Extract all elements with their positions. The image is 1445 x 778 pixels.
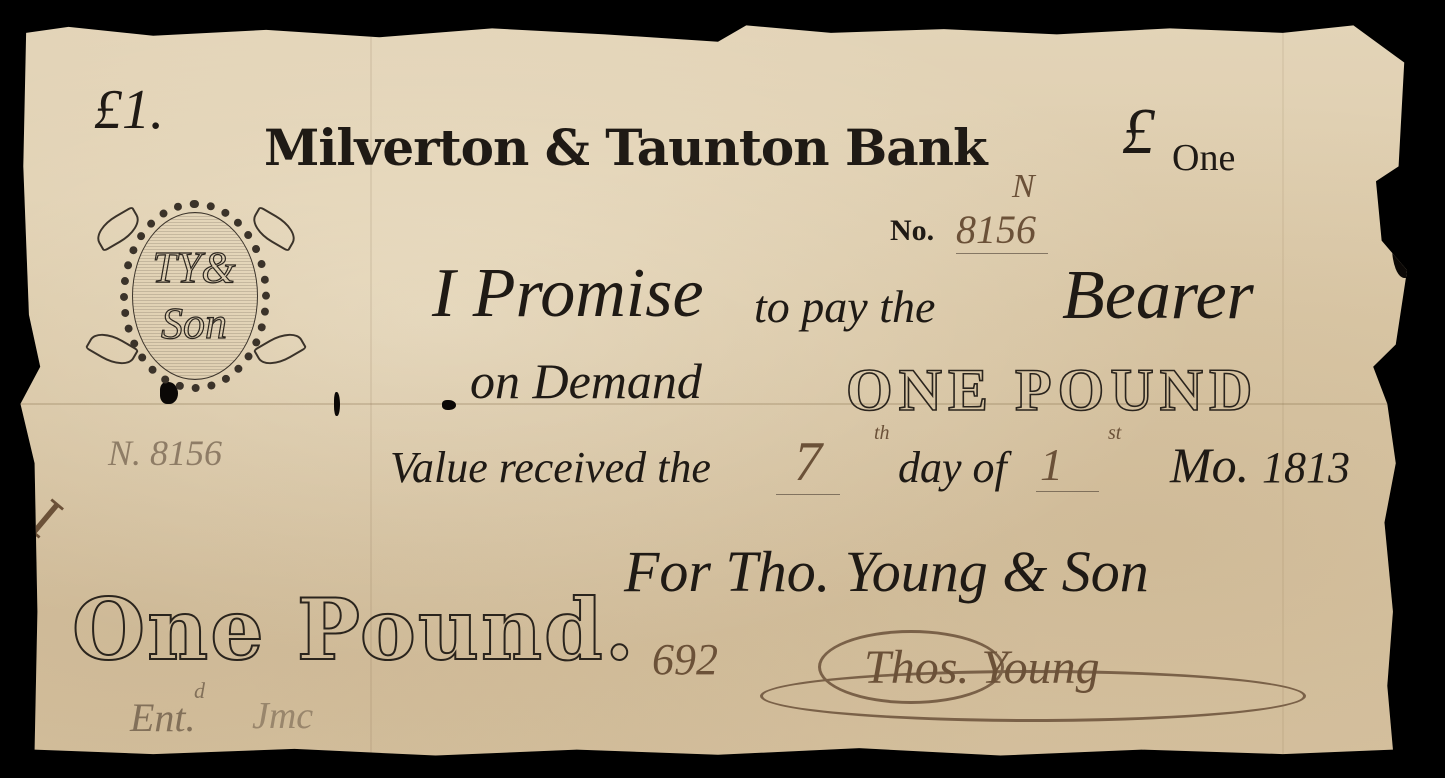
value-received-text: Value received the — [390, 442, 711, 493]
entered-suffix: d — [194, 678, 205, 704]
paper-hole — [442, 400, 456, 410]
monogram-initials: TY& — [84, 242, 304, 293]
serial-annotation: N — [1012, 168, 1035, 206]
denomination-top-left: £1. — [94, 78, 164, 142]
on-demand-text: on Demand — [470, 352, 702, 410]
denomination-word-top-right: One — [1172, 136, 1235, 180]
paper-tear — [1404, 438, 1422, 478]
handwritten-number: 692 — [652, 634, 718, 685]
amount-blackletter: One Pound. — [72, 580, 636, 679]
denomination-symbol-top-right: £ — [1122, 94, 1155, 170]
serial-prefix: No. — [890, 214, 934, 248]
month-suffix: st — [1108, 422, 1121, 445]
monogram-son: Son — [84, 298, 304, 349]
stub-serial-number: N. 8156 — [108, 432, 222, 474]
serial-number: 8156 — [956, 206, 1048, 254]
month-label: Mo. — [1170, 436, 1249, 494]
paper-hole — [334, 392, 340, 416]
bank-name: Milverton & Taunton Bank — [264, 118, 987, 177]
month-value: 1 — [1036, 438, 1099, 492]
year: 1813 — [1262, 442, 1350, 493]
issuer-line: For Tho. Young & Son — [624, 538, 1149, 605]
banknote: £1. Milverton & Taunton Bank £ One N No.… — [12, 18, 1424, 760]
entered-label: Ent. — [130, 694, 196, 741]
monogram-vignette: TY& Son — [84, 186, 304, 406]
paper-tear — [1392, 198, 1424, 278]
day-value: 7 — [776, 430, 840, 495]
day-suffix: th — [874, 422, 890, 445]
cross-mark: Ⅰ — [16, 489, 73, 551]
signature: Thos. Young — [864, 640, 1100, 695]
day-of-text: day of — [898, 442, 1007, 493]
fold-crease-vertical — [1282, 18, 1284, 760]
amount-caps: ONE POUND — [846, 356, 1258, 425]
promise-bearer: Bearer — [1062, 256, 1254, 336]
oval-medallion — [132, 212, 258, 380]
promise-lead: I Promise — [432, 254, 704, 334]
entered-initials: Jmc — [252, 694, 313, 738]
promise-rest: to pay the — [754, 280, 935, 333]
